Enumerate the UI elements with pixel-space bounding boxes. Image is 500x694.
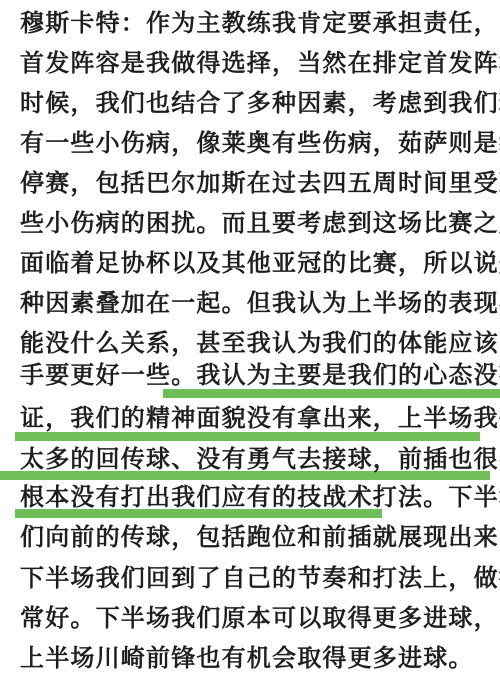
- text-line: 上半场川崎前锋也有机会取得更多进球。: [20, 643, 474, 673]
- text-line: 太多的回传球、没有勇气去接球，前插也很少，: [20, 444, 500, 474]
- text-line: 时候，我们也结合了多种因素，考虑到我们球队: [20, 88, 500, 118]
- text-line: 根本没有打出我们应有的技战术打法。下半场我: [20, 482, 500, 512]
- text-line: 下半场我们回到了自己的节奏和打法上，做得非: [20, 563, 500, 593]
- text-line: 穆斯卡特：作为主教练我肯定要承担责任，因为: [20, 8, 500, 38]
- text-line: 些小伤病的困扰。而且要考虑到这场比赛之后还: [20, 208, 500, 238]
- text-line: 有一些小伤病，像莱奥有些伤病，茹萨则是红牌: [20, 128, 500, 158]
- text-line: 常好。下半场我们原本可以取得更多进球，当然: [20, 603, 500, 633]
- text-line: 面临着足协杯以及其他亚冠的比赛，所以说是多: [20, 248, 500, 278]
- text-line: 们向前的传球，包括跑位和前插就展现出来了，: [20, 522, 500, 552]
- highlight-underline-1: [163, 389, 500, 398]
- text-line: 停赛，包括巴尔加斯在过去四五周时间里受到一: [20, 168, 500, 198]
- text-line: 手要更好一些。我认为主要是我们的心态没有保: [20, 360, 500, 390]
- text-line: 种因素叠加在一起。但我认为上半场的表现与体: [20, 288, 500, 318]
- highlight-underline-2: [15, 432, 480, 441]
- text-line: 首发阵容是我做得选择，当然在排定首发阵容的: [20, 48, 500, 78]
- text-line: 能没什么关系，甚至我认为我们的体能应该比对: [20, 328, 500, 358]
- text-line: 证，我们的精神面貌没有拿出来，上半场我们有: [20, 403, 500, 433]
